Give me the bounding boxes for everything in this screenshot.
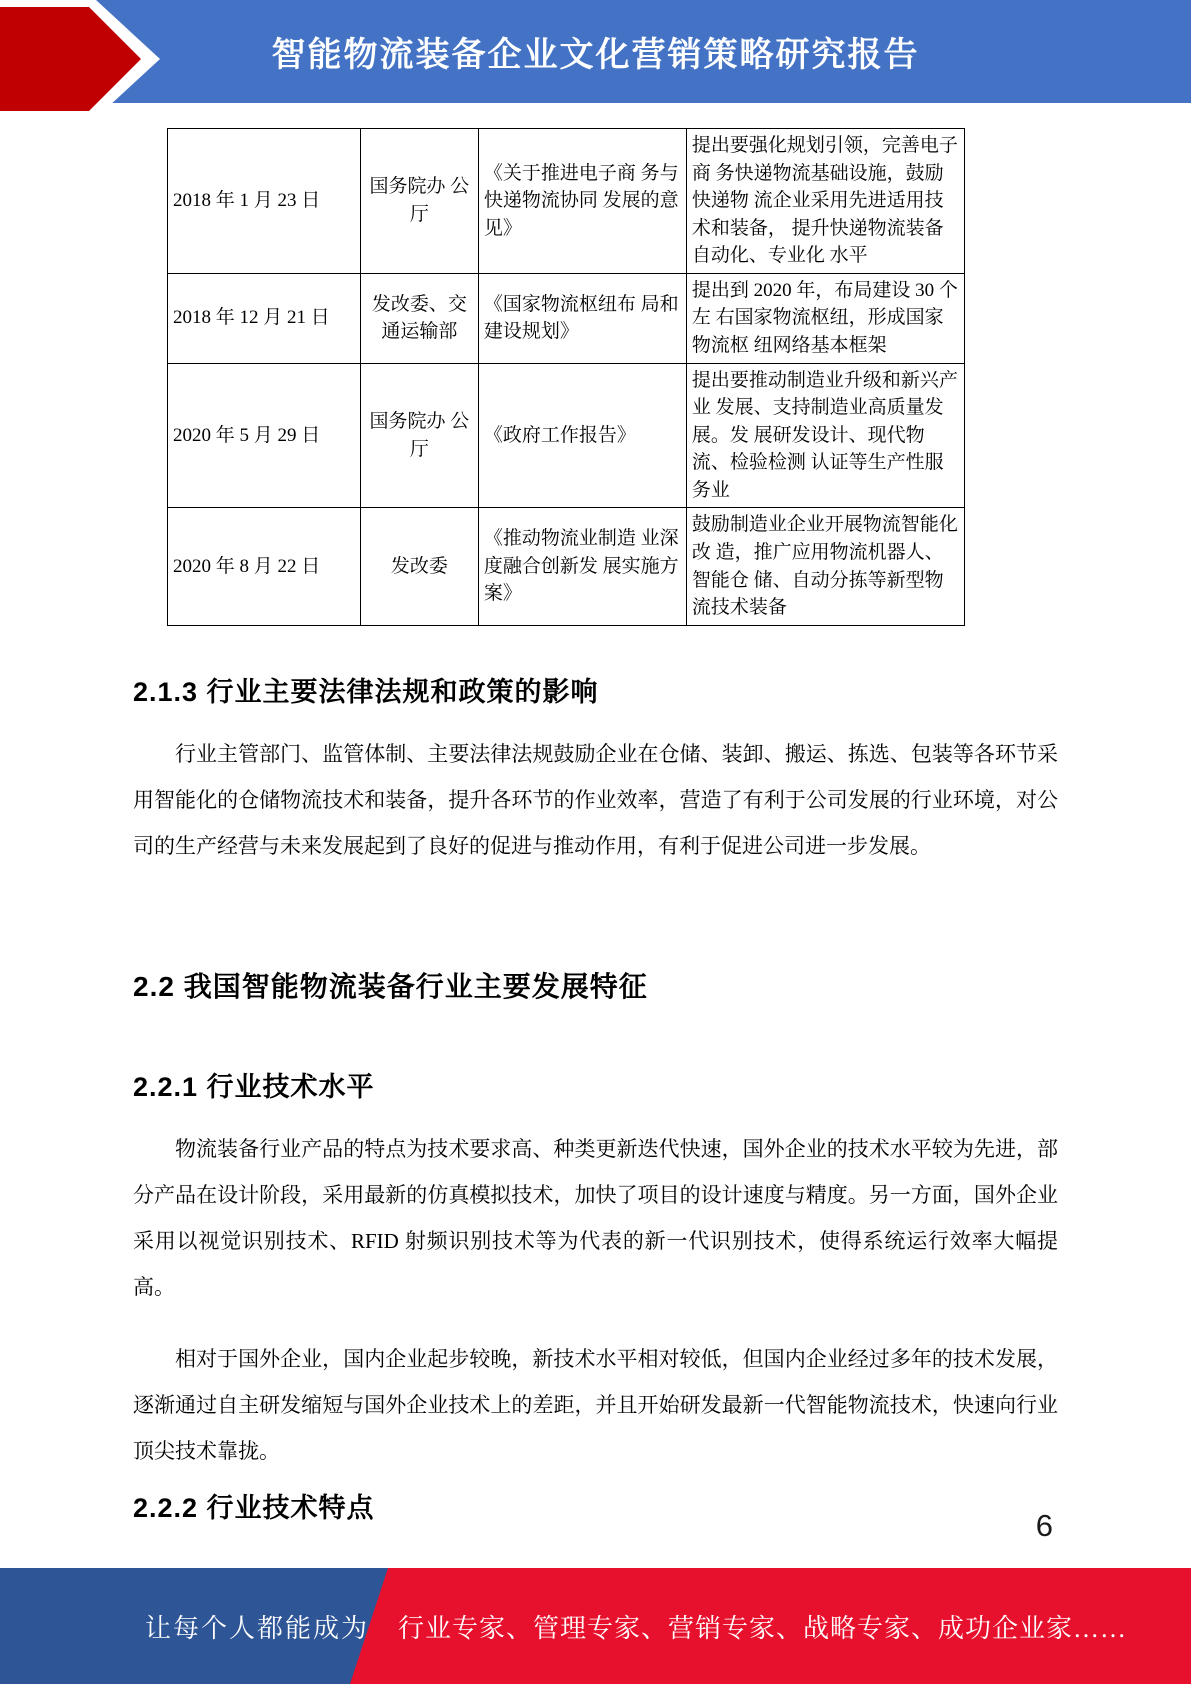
page-number: 6 <box>1036 1508 1053 1544</box>
footer-slogan-right: 行业专家、管理专家、营销专家、战略专家、成功企业家…… <box>398 1568 1127 1684</box>
policy-document-cell: 《关于推进电子商 务与快递物流协同 发展的意见》 <box>478 129 686 274</box>
section-heading-2-1-3: 2.1.3 行业主要法律法规和政策的影响 <box>133 670 1058 709</box>
report-page: 智能物流装备企业文化营销策略研究报告 2018 年 1 月 23 日 国务院办 … <box>0 0 1191 1684</box>
policy-document-cell: 《国家物流枢纽布 局和建设规划》 <box>478 273 686 363</box>
policy-agency-cell: 发改委 <box>360 508 478 625</box>
footer-slogan-left: 让每个人都能成为 <box>145 1568 369 1684</box>
policy-date-cell: 2020 年 5 月 29 日 <box>168 363 361 508</box>
paragraph: 行业主管部门、监管体制、主要法律法规鼓励企业在仓储、装卸、搬运、拣选、包装等各环… <box>133 731 1058 869</box>
policy-document-cell: 《推动物流业制造 业深度融合创新发 展实施方案》 <box>478 508 686 625</box>
policy-date-cell: 2018 年 1 月 23 日 <box>168 129 361 274</box>
section-heading-2-2-2: 2.2.2 行业技术特点 <box>133 1486 1058 1525</box>
table-row: 2018 年 12 月 21 日 发改委、交 通运输部 《国家物流枢纽布 局和建… <box>168 273 965 363</box>
section-heading-2-2: 2.2 我国智能物流装备行业主要发展特征 <box>133 965 1058 1005</box>
paragraph: 物流装备行业产品的特点为技术要求高、种类更新迭代快速，国外企业的技术水平较为先进… <box>133 1126 1058 1310</box>
table-row: 2018 年 1 月 23 日 国务院办 公厅 《关于推进电子商 务与快递物流协… <box>168 129 965 274</box>
table-row: 2020 年 5 月 29 日 国务院办 公厅 《政府工作报告》 提出要推动制造… <box>168 363 965 508</box>
policy-content-cell: 提出要推动制造业升级和新兴产业 发展、支持制造业高质量发展。发 展研发设计、现代… <box>686 363 964 508</box>
policy-content-cell: 提出要强化规划引领，完善电子商 务快递物流基础设施，鼓励快递物 流企业采用先进适… <box>686 129 964 274</box>
policy-content-cell: 提出到 2020 年，布局建设 30 个左 右国家物流枢纽，形成国家物流枢 纽网… <box>686 273 964 363</box>
policy-agency-cell: 国务院办 公厅 <box>360 363 478 508</box>
policy-date-cell: 2018 年 12 月 21 日 <box>168 273 361 363</box>
policy-agency-cell: 发改委、交 通运输部 <box>360 273 478 363</box>
policy-table: 2018 年 1 月 23 日 国务院办 公厅 《关于推进电子商 务与快递物流协… <box>167 128 965 626</box>
footer-band: 让每个人都能成为 行业专家、管理专家、营销专家、战略专家、成功企业家…… <box>0 1568 1191 1684</box>
report-title: 智能物流装备企业文化营销策略研究报告 <box>0 0 1191 103</box>
section-heading-2-2-1: 2.2.1 行业技术水平 <box>133 1065 1058 1104</box>
policy-agency-cell: 国务院办 公厅 <box>360 129 478 274</box>
policy-date-cell: 2020 年 8 月 22 日 <box>168 508 361 625</box>
table-row: 2020 年 8 月 22 日 发改委 《推动物流业制造 业深度融合创新发 展实… <box>168 508 965 625</box>
document-body: 2018 年 1 月 23 日 国务院办 公厅 《关于推进电子商 务与快递物流协… <box>133 128 1058 1525</box>
paragraph: 相对于国外企业，国内企业起步较晚，新技术水平相对较低，但国内企业经过多年的技术发… <box>133 1336 1058 1474</box>
policy-document-cell: 《政府工作报告》 <box>478 363 686 508</box>
policy-content-cell: 鼓励制造业企业开展物流智能化改 造，推广应用物流机器人、智能仓 储、自动分拣等新… <box>686 508 964 625</box>
